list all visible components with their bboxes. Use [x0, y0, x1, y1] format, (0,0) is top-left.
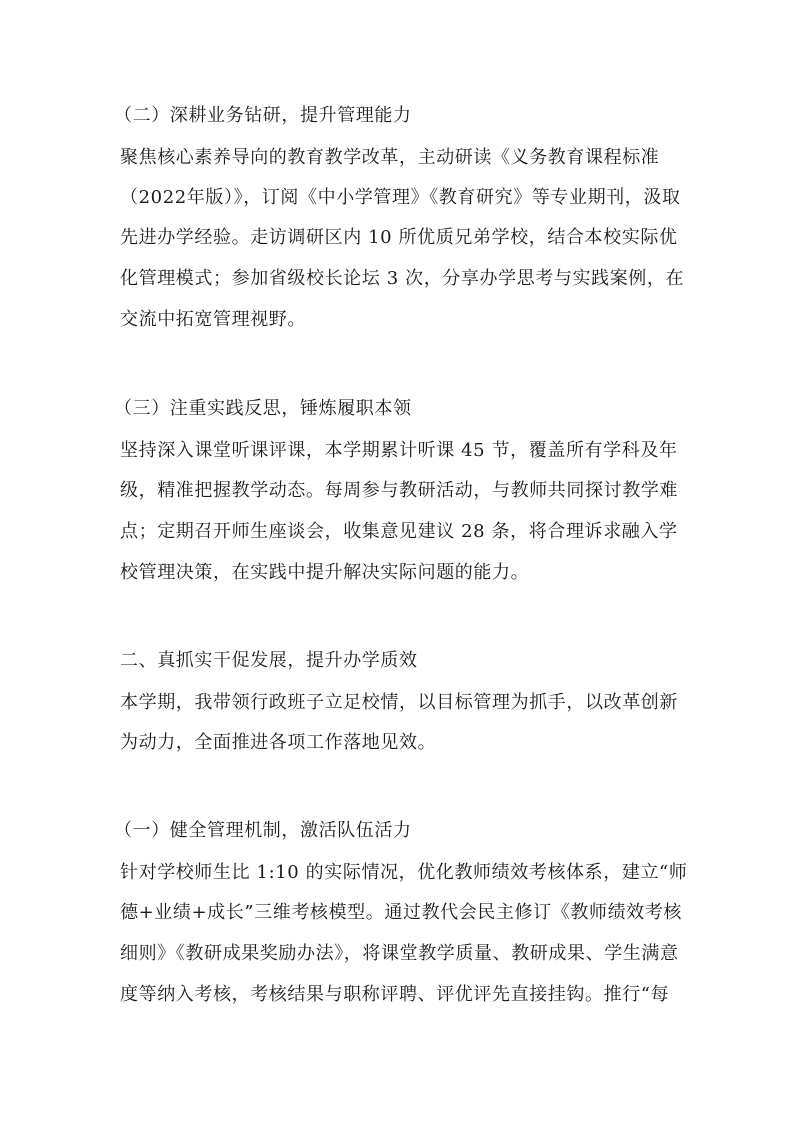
- paragraph-line: 校管理决策，在实践中提升解决实际问题的能力。: [120, 562, 529, 584]
- paragraph-line: 点；定期召开师生座谈会，收集意见建议 28 条，将合理诉求融入学: [120, 521, 678, 543]
- section-heading: （一）健全管理机制，激活队伍活力: [114, 820, 412, 842]
- paragraph-line: （2022年版）》，订阅《中小学管理》《教育研究》等专业期刊，汲取: [120, 187, 681, 209]
- section-heading: 二、真抓实干促发展，提升办学质效: [120, 650, 418, 672]
- paragraph-line: 化管理模式；参加省级校长论坛 3 次，分享办学思考与实践案例，在: [120, 268, 684, 290]
- paragraph-line: 度等纳入考核，考核结果与职称评聘、评优评先直接挂钩。推行“每: [120, 984, 669, 1006]
- paragraph-line: 级，精准把握教学动态。每周参与教研活动，与教师共同探讨教学难: [120, 480, 678, 502]
- paragraph-line: 本学期，我带领行政班子立足校情，以目标管理为抓手，以改革创新: [120, 692, 678, 714]
- section-heading: （三）注重实践反思，锤炼履职本领: [114, 398, 412, 420]
- paragraph-line: 为动力，全面推进各项工作落地见效。: [120, 732, 436, 754]
- paragraph-line: 针对学校师生比 1:10 的实际情况，优化教师绩效考核体系，建立“师: [120, 862, 687, 884]
- paragraph-line: 聚焦核心素养导向的教育教学改革，主动研读《义务教育课程标准: [120, 147, 659, 169]
- paragraph-line: 坚持深入课堂听课评课，本学期累计听课 45 节，覆盖所有学科及年: [120, 440, 678, 462]
- paragraph-line: 先进办学经验。走访调研区内 10 所优质兄弟学校，结合本校实际优: [120, 227, 678, 249]
- section-heading: （二）深耕业务钻研，提升管理能力: [114, 105, 412, 127]
- paragraph-line: 交流中拓宽管理视野。: [120, 309, 306, 331]
- paragraph-line: 细则》《教研成果奖励办法》，将课堂教学质量、教研成果、学生满意: [120, 943, 679, 965]
- paragraph-line: 德+业绩+成长”三维考核模型。通过教代会民主修订《教师绩效考核: [120, 902, 682, 924]
